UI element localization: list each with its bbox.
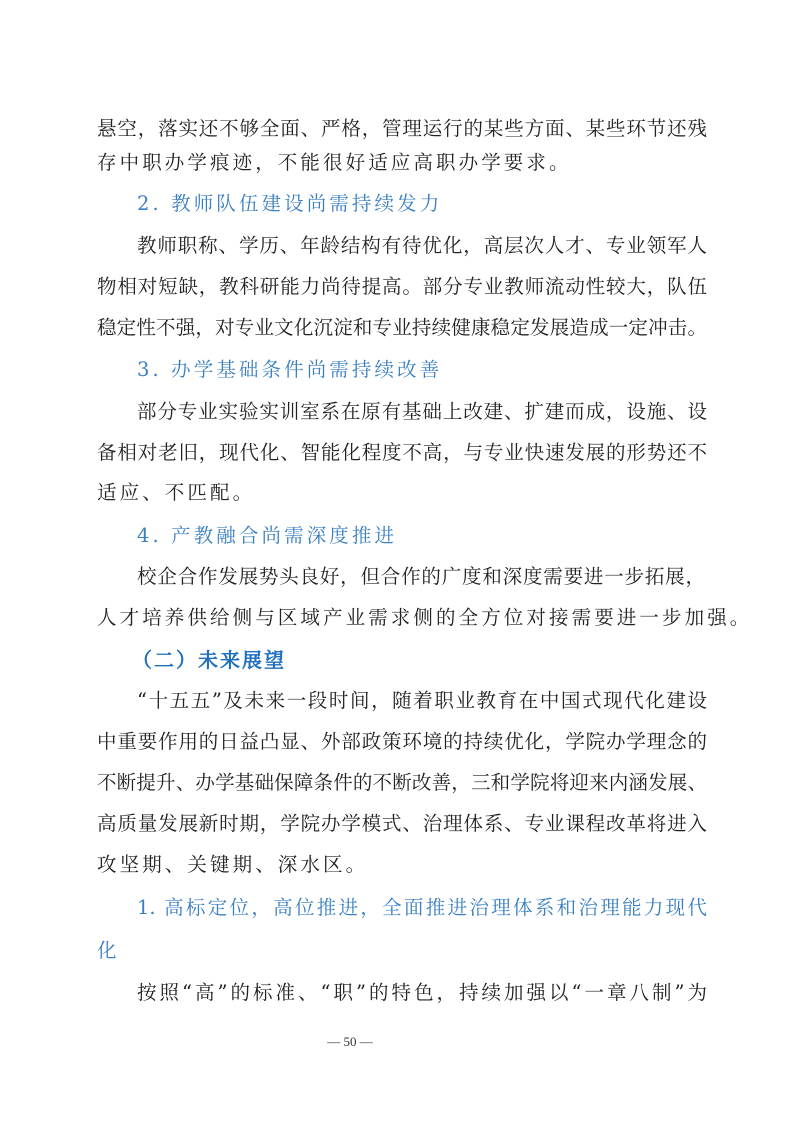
body-line: 适应、不匹配。 [97,481,707,505]
body-line: 中重要作用的日益凸显、外部政策环境的持续优化，学院办学理念的 [97,730,707,754]
subheading-industry-education: 4. 产教融合尚需深度推进 [137,524,747,548]
subheading-teacher-team: 2. 教师队伍建设尚需持续发力 [137,192,747,216]
subheading-infrastructure: 3. 办学基础条件尚需持续改善 [137,358,747,382]
subheading-governance: 1. 高标定位，高位推进，全面推进治理体系和治理能力现代 [137,896,707,920]
body-line: 悬空，落实还不够全面、严格，管理运行的某些方面、某些环节还残 [97,117,707,141]
body-line: 稳定性不强，对专业文化沉淀和专业持续健康稳定发展造成一定冲击。 [97,316,707,340]
body-line: 备相对老旧，现代化、智能化程度不高，与专业快速发展的形势还不 [97,441,707,465]
body-line: 人才培养供给侧与区域产业需求侧的全方位对接需要进一步加强。 [97,606,707,630]
subheading-governance-cont: 化 [97,939,707,963]
body-line: 教师职称、学历、年龄结构有待优化，高层次人才、专业领军人 [137,234,707,258]
section-heading-future-outlook: （二）未来展望 [132,648,742,672]
body-line: 存中职办学痕迹，不能很好适应高职办学要求。 [97,151,707,175]
body-line: 不断提升、办学基础保障条件的不断改善，三和学院将迎来内涵发展、 [97,771,707,795]
body-line: “十五五”及未来一段时间，随着职业教育在中国式现代化建设 [137,689,707,713]
page-number: — 50 — [0,1034,700,1050]
body-line: 按照“高”的标准、“职”的特色，持续加强以“一章八制”为 [137,981,707,1005]
body-line: 高质量发展新时期，学院办学模式、治理体系、专业课程改革将进入 [97,812,707,836]
body-line: 攻坚期、关键期、深水区。 [97,853,707,877]
body-line: 物相对短缺，教科研能力尚待提高。部分专业教师流动性较大，队伍 [97,275,707,299]
body-line: 部分专业实验实训室系在原有基础上改建、扩建而成，设施、设 [137,400,707,424]
body-line: 校企合作发展势头良好，但合作的广度和深度需要进一步拓展， [137,565,705,589]
